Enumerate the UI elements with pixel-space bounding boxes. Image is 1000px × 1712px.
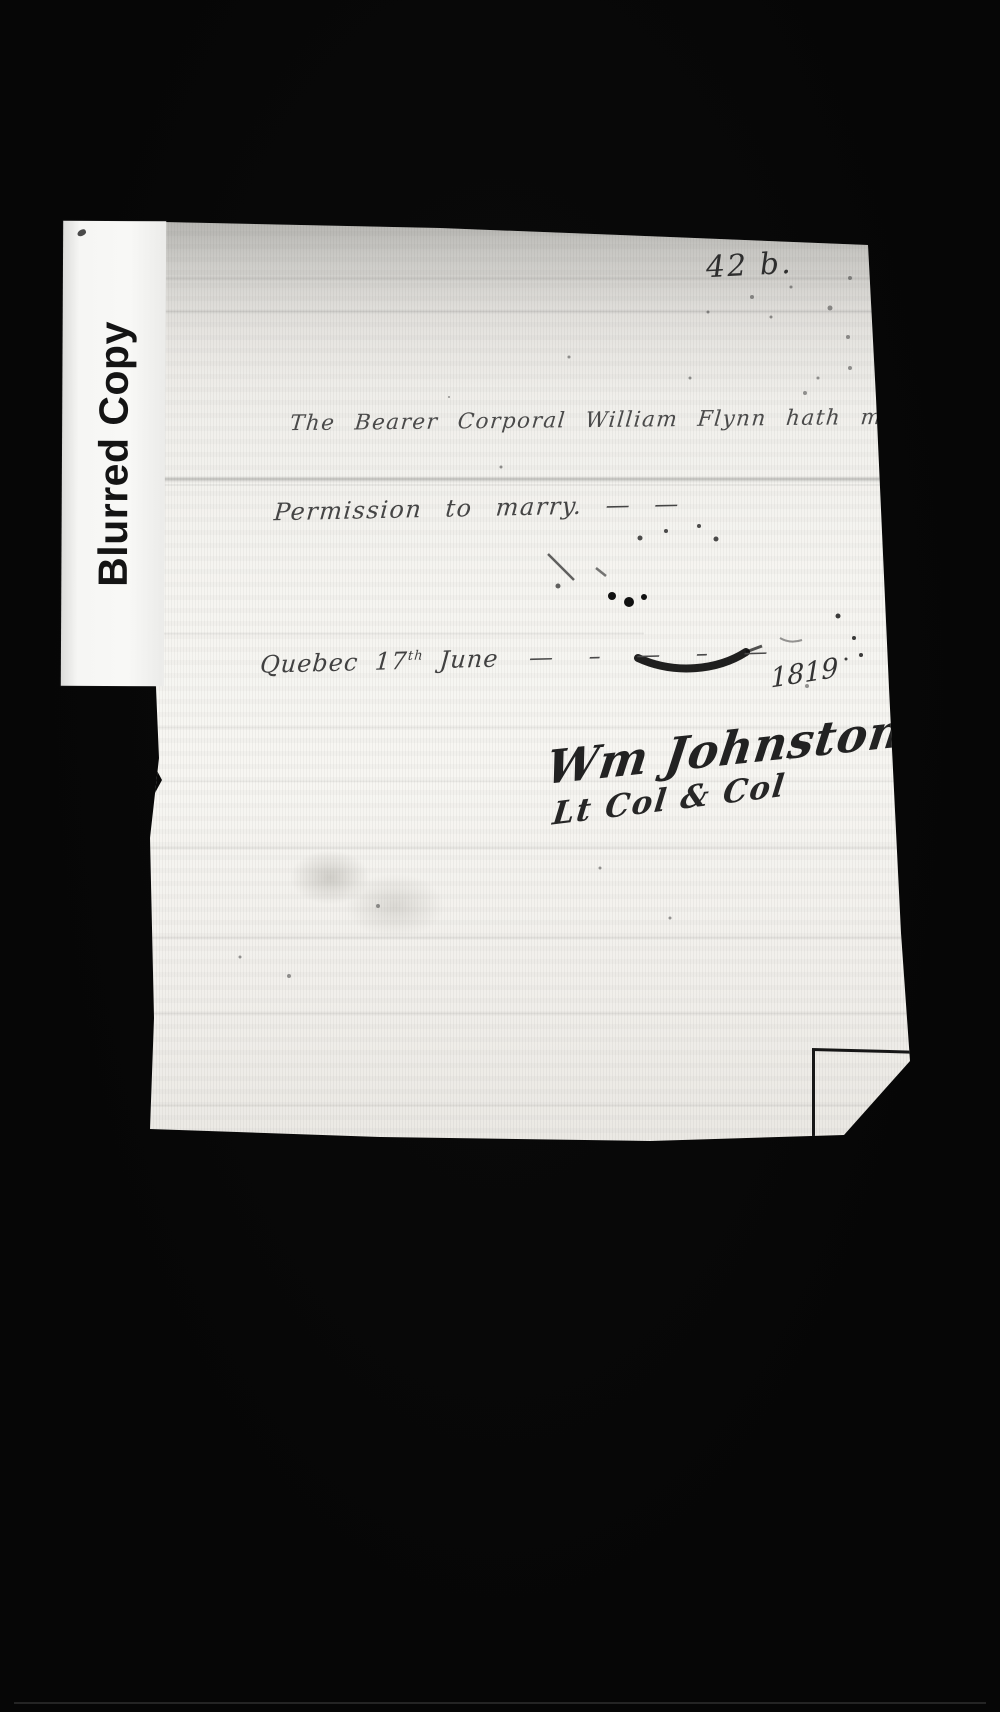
dateline-place: Quebec (259, 648, 360, 679)
dateline-day-suffix: th (407, 648, 424, 663)
blurred-copy-label: Blurred Copy (89, 321, 137, 587)
document-paper: 42 b. The Bearer Corporal William Flynn … (150, 218, 910, 1144)
page-number: 42 b. (705, 246, 793, 285)
film-edge-line (14, 1702, 986, 1704)
microfilm-scan-viewport: Blurred Copy (0, 0, 1000, 1712)
dateline-day: 17 (374, 647, 409, 676)
ink-speck (76, 228, 87, 237)
blurred-copy-slip: Blurred Copy (61, 221, 166, 687)
dateline-month: June (439, 644, 500, 674)
corner-fold-line-vertical (812, 1049, 815, 1142)
